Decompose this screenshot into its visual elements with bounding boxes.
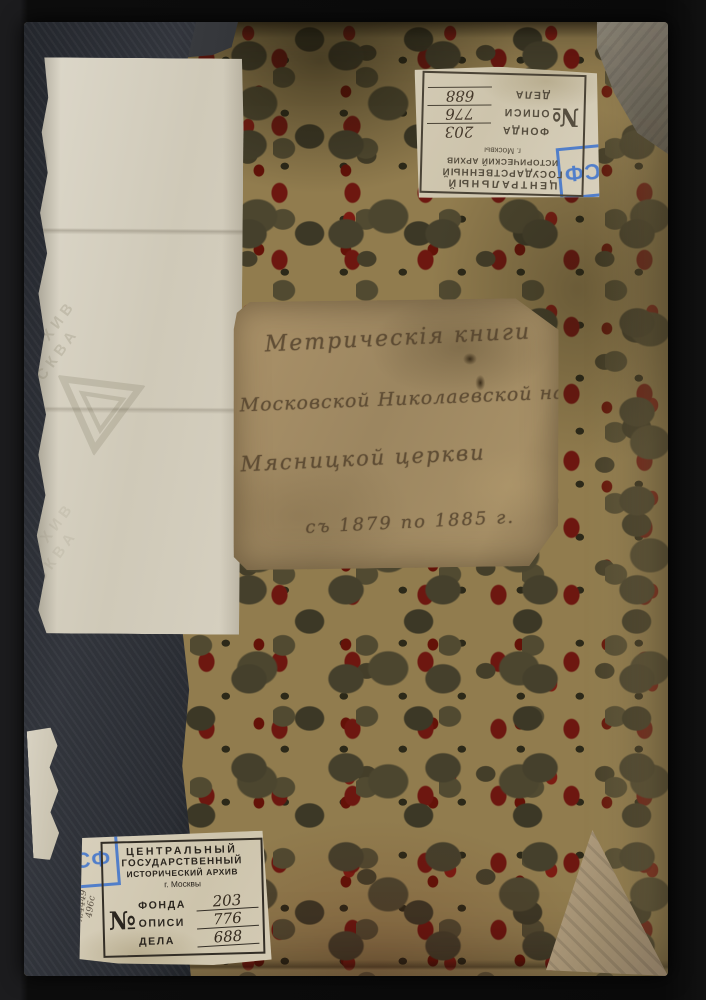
archive-label-top: СФ ЦЕНТРАЛЬНЫЙ ГОСУДАРСТВЕННЫЙ ИСТОРИЧЕС… [411, 65, 602, 203]
field-label-delo: ДЕЛА [492, 88, 550, 102]
ink-blot [463, 353, 477, 365]
archive-label-bottom: СФ №4449 496с ЦЕНТРАЛЬНЫЙ ГОСУДАРСТВЕННЫ… [76, 831, 271, 969]
field-label-delo: ДЕЛА [139, 934, 197, 948]
field-value-fond: 203 [196, 891, 259, 911]
field-value-fond: 203 [427, 123, 491, 140]
number-symbol: № [549, 102, 582, 132]
field-value-opis: 776 [196, 909, 259, 929]
title-line-1: Метрическія книги [264, 319, 531, 357]
book-cover: ГЛАВАРХИВ МОСКВА ГЛАВАРХИВ МОСКВА Метрич… [24, 22, 668, 976]
field-row-delo: ДЕЛА 688 [139, 927, 259, 948]
number-symbol: № [106, 906, 139, 936]
field-label-opis: ОПИСИ [491, 106, 549, 120]
field-value-delo: 688 [197, 927, 260, 947]
archive-field-rows: ФОНДА 203 ОПИСИ 776 ДЕЛА 688 [427, 86, 550, 143]
archive-fields: № ФОНДА 203 ОПИСИ 776 ДЕЛА 688 [423, 86, 584, 144]
field-label-fond: ФОНДА [491, 124, 549, 138]
field-value-opis: 776 [427, 105, 491, 122]
archive-field-rows: ФОНДА 203 ОПИСИ 776 ДЕЛА 688 [138, 891, 259, 948]
archive-fields: № ФОНДА 203 ОПИСИ 776 ДЕЛА 688 [104, 890, 263, 948]
field-value-delo: 688 [428, 87, 492, 104]
title-label: Метрическія книги Московской Николаевско… [230, 298, 562, 571]
field-label-opis: ОПИСИ [138, 916, 196, 930]
title-line-3: Мясницкой церкви [240, 440, 486, 476]
title-line-2: Московской Николаевской на [239, 381, 566, 416]
archive-label-top-frame: ЦЕНТРАЛЬНЫЙ ГОСУДАРСТВЕННЫЙ ИСТОРИЧЕСКИЙ… [419, 71, 586, 197]
spine-paper-strip: ГЛАВАРХИВ МОСКВА ГЛАВАРХИВ МОСКВА [32, 57, 244, 634]
field-label-fond: ФОНДА [138, 898, 196, 912]
archive-label-bottom-frame: ЦЕНТРАЛЬНЫЙ ГОСУДАРСТВЕННЫЙ ИСТОРИЧЕСКИЙ… [100, 838, 265, 958]
title-line-4: съ 1879 по 1885 г. [305, 507, 516, 538]
photo-stage: ГЛАВАРХИВ МОСКВА ГЛАВАРХИВ МОСКВА Метрич… [0, 0, 706, 1000]
field-row-fond: ФОНДА 203 [427, 122, 549, 143]
ink-blot [475, 375, 485, 391]
